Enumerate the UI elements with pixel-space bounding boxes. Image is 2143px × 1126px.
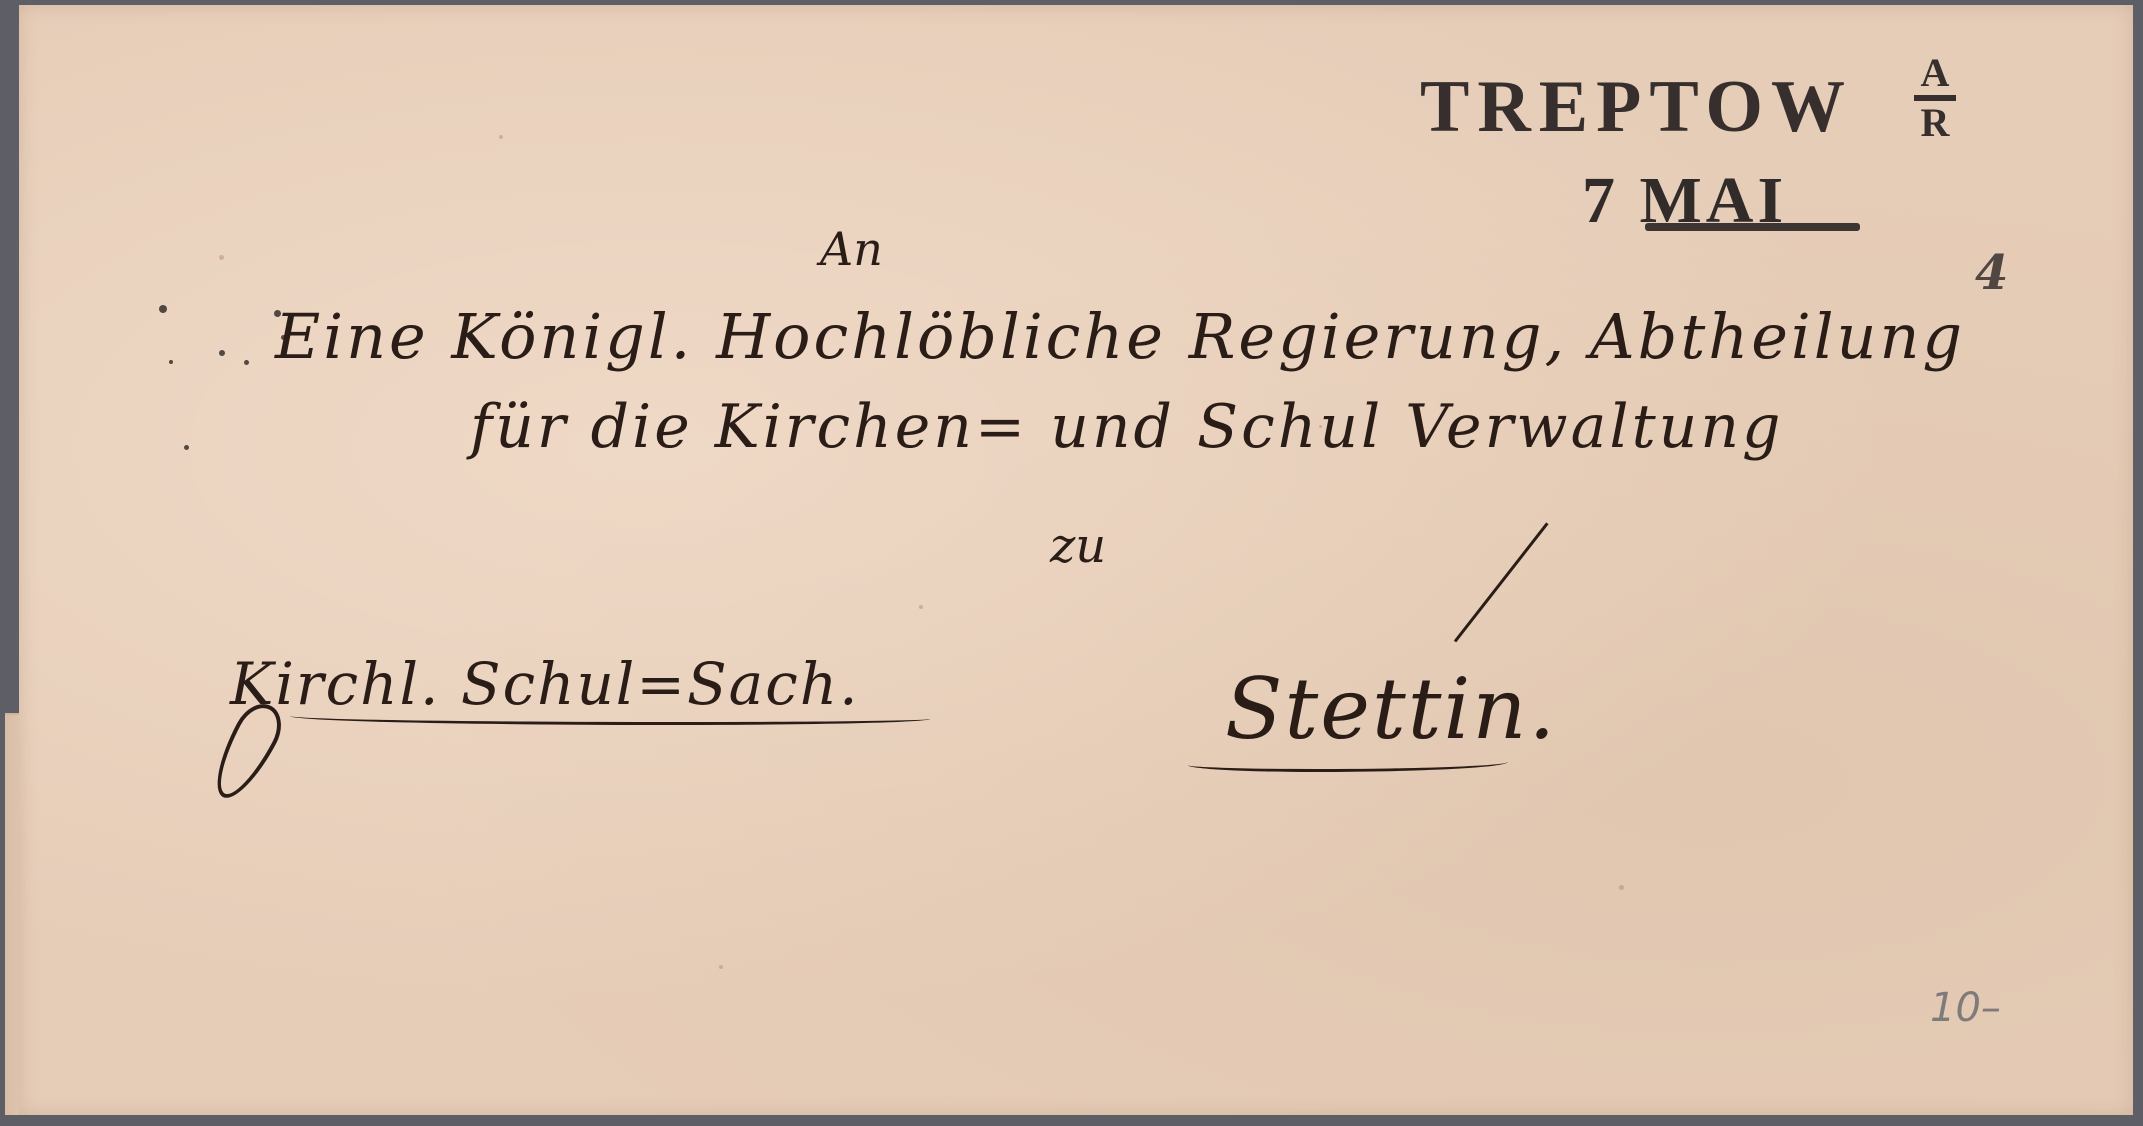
faded-stamp-smudge (219, 350, 225, 356)
address-city: Stettin. (1225, 660, 1557, 758)
sender-note: Kirchl. Schul=Sach. (230, 650, 860, 718)
address-line-2: für die Kirchen= und Schul Verwaltung (470, 392, 1783, 462)
address-zu: zu (1050, 518, 1106, 574)
paper-speck (919, 605, 923, 609)
pencil-price-note: 10– (1930, 985, 2001, 1031)
postmark-date-smudge (1645, 223, 1860, 231)
address-prefix: An (820, 222, 883, 276)
postmark-town: TREPTOW (1420, 65, 1853, 150)
paper-speck (219, 255, 224, 260)
address-line-1: Eine Königl. Hochlöbliche Regierung, Abt… (275, 300, 1965, 373)
postmark-fraction-top: A (1910, 53, 1960, 93)
faded-stamp-smudge (159, 305, 167, 313)
faded-stamp-smudge (244, 360, 249, 365)
postmark-fraction: A R (1910, 53, 1960, 143)
faded-stamp-smudge (184, 445, 189, 450)
faded-stamp-smudge (169, 360, 173, 364)
postmark-fraction-bottom: R (1910, 103, 1960, 143)
paper-speck (499, 135, 503, 139)
paper-speck (1619, 885, 1624, 890)
paper-speck (719, 965, 723, 969)
rate-mark: 4 (1975, 245, 2008, 301)
